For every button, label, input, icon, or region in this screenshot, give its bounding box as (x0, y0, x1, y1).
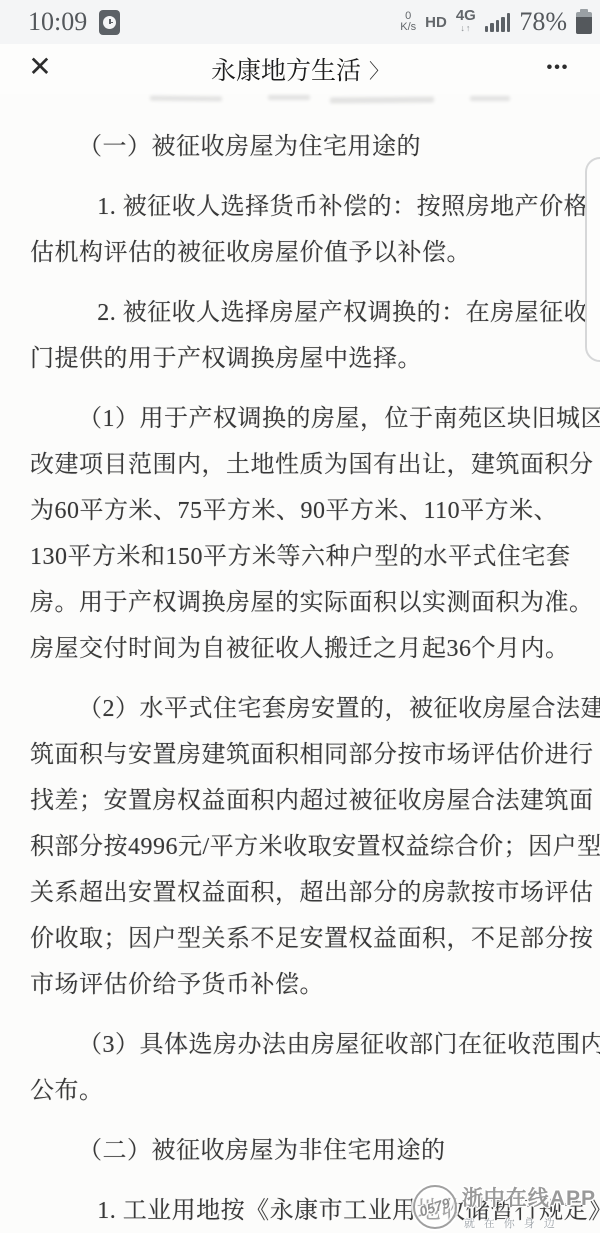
document-line: 1. 被征收人选择货币补偿的：按照房地产价格评 (30, 184, 588, 230)
paragraph-heading: （一）被征收房屋为住宅用途的 (30, 124, 588, 170)
document-line: 1. 工业用地按《永康市工业用地收储暂行规定》 (30, 1188, 588, 1233)
network-type-label: 4G (456, 10, 476, 22)
page-title: 永康地方生活 (211, 51, 361, 87)
network-speed-indicator: 0 K/s (400, 11, 416, 33)
document-line: 房屋交付时间为自被征收人搬迁之月起36个月内。 (30, 626, 588, 672)
battery-icon (576, 9, 592, 35)
document-line: 关系超出安置权益面积，超出部分的房款按市场评估 (30, 870, 588, 916)
document-line: 门提供的用于产权调换房屋中选择。 (30, 336, 588, 382)
paragraph-sub: （3）具体选房办法由房屋征收部门在征收范围内公布。 (30, 1022, 588, 1114)
document-line: 估机构评估的被征收房屋价值予以补偿。 (30, 230, 588, 276)
paragraph-numbered: 1. 工业用地按《永康市工业用地收储暂行规定》 (30, 1188, 588, 1233)
document-line: 找差；安置房权益面积内超过被征收房屋合法建筑面 (30, 778, 588, 824)
document-line: （1）用于产权调换的房屋，位于南苑区块旧城区 (30, 396, 588, 442)
network-type-indicator: 4G ↓↑ (456, 10, 476, 34)
document-line: 改建项目范围内，土地性质为国有出让，建筑面积分 (30, 442, 588, 488)
document-line: 积部分按4996元/平方米收取安置权益综合价；因户型 (30, 824, 588, 870)
document-body: （一）被征收房屋为住宅用途的1. 被征收人选择货币补偿的：按照房地产价格评估机构… (30, 124, 588, 1233)
document-line: 价收取；因户型关系不足安置权益面积，不足部分按 (30, 916, 588, 962)
document-line: （二）被征收房屋为非住宅用途的 (30, 1128, 588, 1174)
paragraph-sub: （1）用于产权调换的房屋，位于南苑区块旧城区改建项目范围内，土地性质为国有出让，… (30, 396, 588, 672)
document-line: 2. 被征收人选择房屋产权调换的：在房屋征收部 (30, 290, 588, 336)
signal-strength-icon (485, 13, 511, 32)
paragraph-sub: （2）水平式住宅套房安置的，被征收房屋合法建筑面积与安置房建筑面积相同部分按市场… (30, 686, 588, 1008)
close-button[interactable]: ✕ (22, 48, 58, 84)
document-line: （3）具体选房办法由房屋征收部门在征收范围内 (30, 1022, 588, 1068)
chevron-right-icon: 〉 (369, 55, 389, 84)
document-line: 公布。 (30, 1068, 588, 1114)
account-title[interactable]: 永康地方生活 〉 (211, 51, 389, 87)
document-line: 筑面积与安置房建筑面积相同部分按市场评估价进行 (30, 732, 588, 778)
app-header: ✕ 永康地方生活 〉 ••• (0, 44, 600, 94)
scan-artifact (330, 97, 434, 104)
document-line: 房。用于产权调换房屋的实际面积以实测面积为准。 (30, 580, 588, 626)
document-line: （一）被征收房屋为住宅用途的 (30, 124, 588, 170)
more-menu-button[interactable]: ••• (536, 50, 580, 86)
scan-artifact (268, 95, 310, 100)
scan-artifact (150, 96, 222, 102)
floating-window-dock[interactable] (585, 157, 600, 362)
document-line: 130平方米和150平方米等六种户型的水平式住宅套 (30, 534, 588, 580)
status-bar: 10:09 0 K/s HD 4G ↓↑ 78% (0, 0, 600, 44)
document-line: 市场评估价给予货币补偿。 (30, 962, 588, 1008)
document-line: 为60平方米、75平方米、90平方米、110平方米、 (30, 488, 588, 534)
alarm-clock-icon (99, 10, 120, 35)
battery-percent-label: 78% (519, 7, 567, 37)
document-scroll-area[interactable]: （一）被征收房屋为住宅用途的1. 被征收人选择货币补偿的：按照房地产价格评估机构… (0, 94, 600, 1233)
scan-artifact (470, 96, 510, 101)
network-speed-unit: K/s (400, 22, 416, 33)
paragraph-numbered: 2. 被征收人选择房屋产权调换的：在房屋征收部门提供的用于产权调换房屋中选择。 (30, 290, 588, 382)
document-line: （2）水平式住宅套房安置的，被征收房屋合法建 (30, 686, 588, 732)
status-time: 10:09 (28, 7, 87, 37)
network-activity-arrows-icon: ↓↑ (460, 22, 471, 34)
paragraph-numbered: 1. 被征收人选择货币补偿的：按照房地产价格评估机构评估的被征收房屋价值予以补偿… (30, 184, 588, 276)
hd-volte-icon: HD (425, 14, 447, 31)
paragraph-heading: （二）被征收房屋为非住宅用途的 (30, 1128, 588, 1174)
